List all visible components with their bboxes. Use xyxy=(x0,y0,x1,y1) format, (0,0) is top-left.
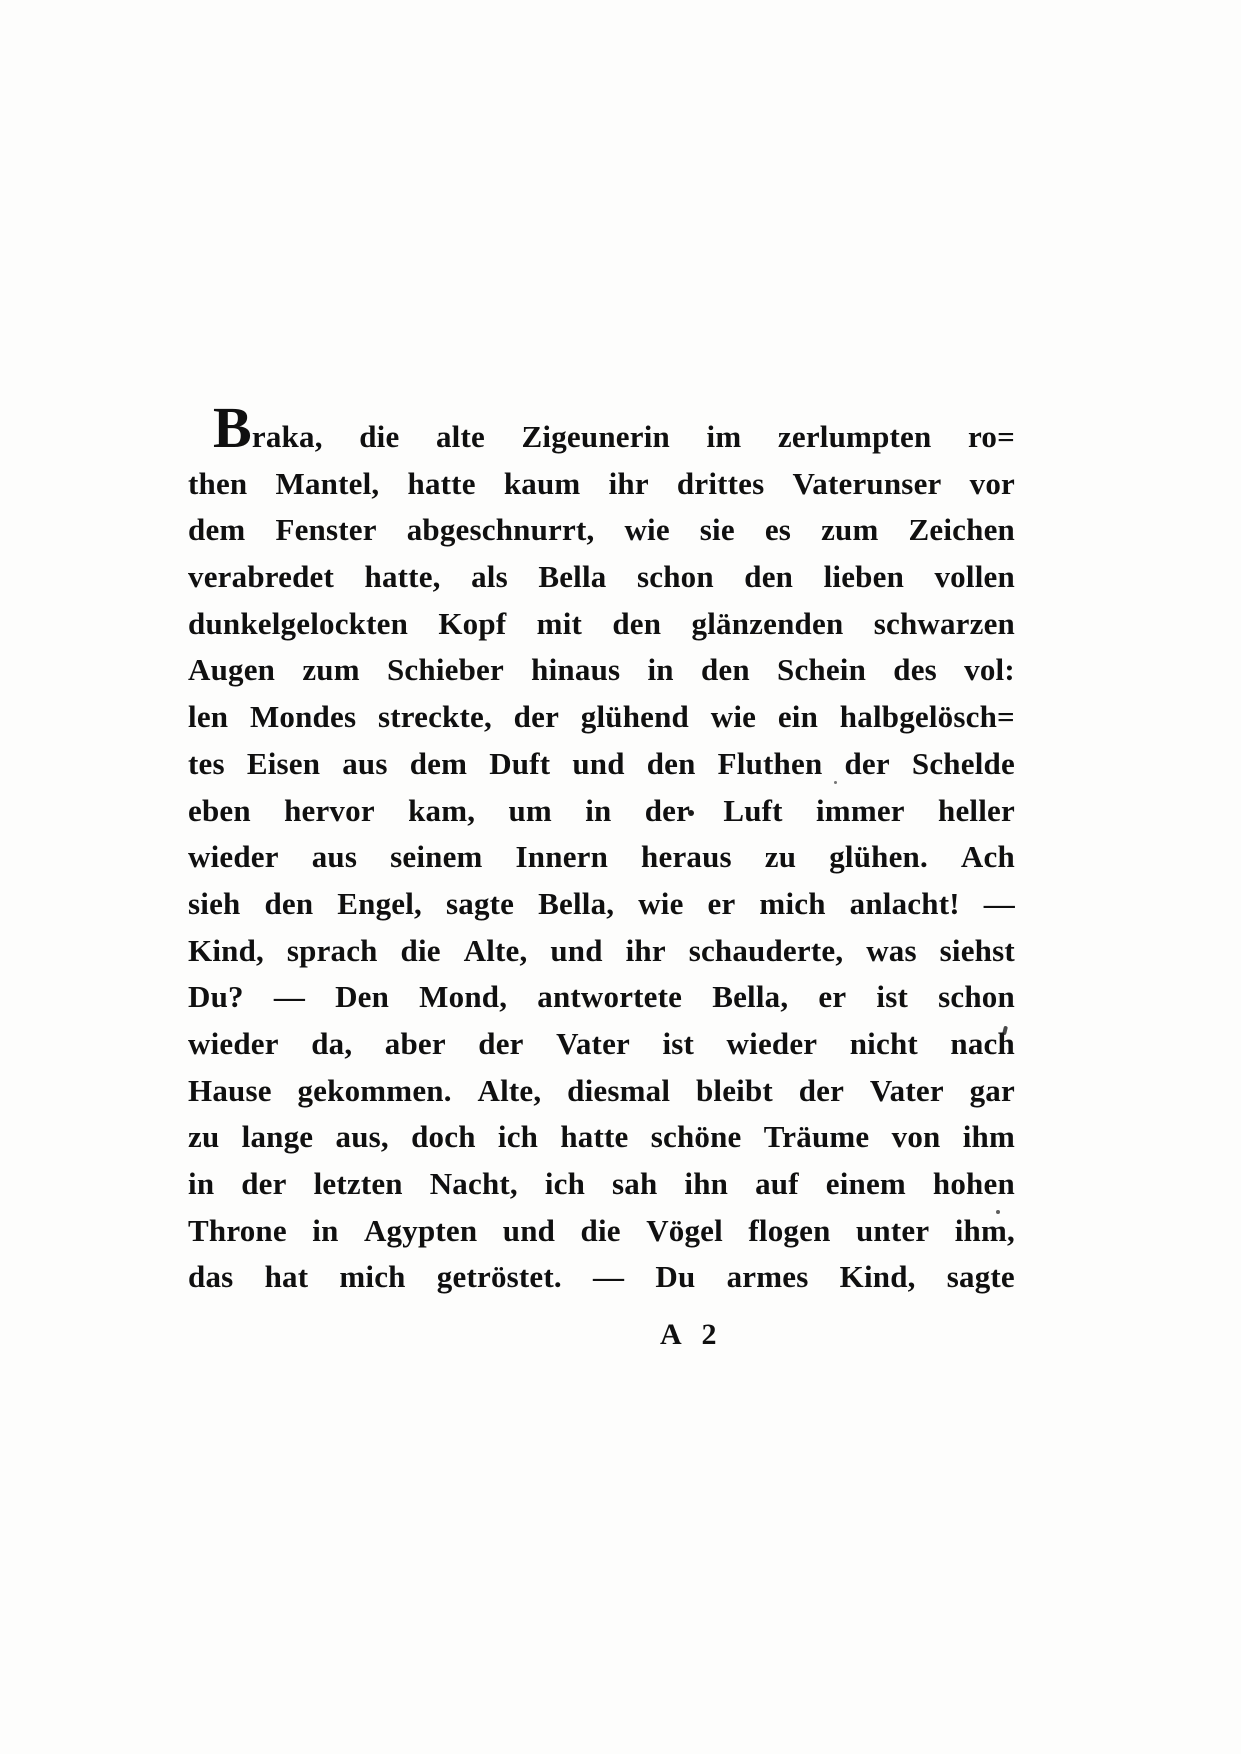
word: Schieber xyxy=(387,647,504,694)
word: lieben xyxy=(824,554,904,601)
word: glühen. xyxy=(829,834,928,881)
word: er xyxy=(818,974,846,1021)
word: Vater xyxy=(556,1021,630,1068)
word: kaum xyxy=(504,461,581,508)
word: Alte, xyxy=(477,1068,541,1115)
word: unter xyxy=(856,1208,929,1255)
word: hinaus xyxy=(531,647,620,694)
text-line: ebenhervorkam,uminderLuftimmerheller xyxy=(188,788,1015,835)
word: ihm, xyxy=(955,1208,1015,1255)
word: zu xyxy=(188,1114,219,1161)
word: vol: xyxy=(964,647,1015,694)
word: und xyxy=(572,741,624,788)
word: sie xyxy=(700,507,735,554)
word: vor xyxy=(970,461,1015,508)
text-line: dunkelgelocktenKopfmitdenglänzendenschwa… xyxy=(188,601,1015,648)
word: um xyxy=(508,788,551,835)
word: Luft xyxy=(723,788,782,835)
word: Schelde xyxy=(912,741,1015,788)
word: die xyxy=(581,1208,621,1255)
word: gar xyxy=(970,1068,1015,1115)
text-line: Hausegekommen.Alte,diesmalbleibtderVater… xyxy=(188,1068,1015,1115)
word: schwarzen xyxy=(874,601,1015,648)
word: Vaterunser xyxy=(793,461,942,508)
word: ist xyxy=(662,1021,694,1068)
word: wieder xyxy=(727,1021,818,1068)
word: Braka, xyxy=(213,414,323,461)
word: ich xyxy=(545,1161,585,1208)
word: den xyxy=(647,741,696,788)
word: der xyxy=(478,1021,523,1068)
word: sieh xyxy=(188,881,240,928)
text-line: Braka,diealteZigeunerinimzerlumptenro= xyxy=(188,414,1015,461)
word: hatte xyxy=(408,461,476,508)
word: ihn xyxy=(684,1161,728,1208)
word: der xyxy=(514,694,559,741)
word: flogen xyxy=(748,1208,830,1255)
text-line: wiederda,aberderVateristwiedernichtnach xyxy=(188,1021,1015,1068)
text-line: demFensterabgeschnurrt,wiesieeszumZeiche… xyxy=(188,507,1015,554)
word: Throne xyxy=(188,1208,287,1255)
word: halbgelösch= xyxy=(840,694,1015,741)
word: lange xyxy=(242,1114,314,1161)
word: in xyxy=(585,788,611,835)
word: zum xyxy=(821,507,878,554)
word: da, xyxy=(311,1021,352,1068)
word: was xyxy=(866,928,917,975)
word: der xyxy=(645,788,690,835)
word: schon xyxy=(637,554,714,601)
word: als xyxy=(471,554,508,601)
word: den xyxy=(264,881,313,928)
word: in xyxy=(312,1208,338,1255)
ink-speck xyxy=(996,1210,1000,1214)
word: Eisen xyxy=(247,741,320,788)
sheet-signature: A 2 xyxy=(660,1310,724,1360)
word: der xyxy=(241,1161,286,1208)
word: hatte xyxy=(560,1114,628,1161)
word: hat xyxy=(265,1254,309,1301)
word: von xyxy=(892,1114,941,1161)
text-line: ThroneinAgyptenunddieVögelflogenunterihm… xyxy=(188,1208,1015,1255)
word: den xyxy=(744,554,793,601)
word: das xyxy=(188,1254,233,1301)
drop-cap-letter: B xyxy=(213,395,252,460)
scanned-book-page: Braka,diealteZigeunerinimzerlumptenro= t… xyxy=(0,0,1241,1754)
word: die xyxy=(359,414,399,461)
word: then xyxy=(188,461,247,508)
text-line: dashatmichgetröstet.—DuarmesKind,sagte xyxy=(188,1254,1015,1301)
word: Engel, xyxy=(337,881,422,928)
word: Zigeunerin xyxy=(522,414,670,461)
word: antwortete xyxy=(537,974,682,1021)
word: kam, xyxy=(408,788,475,835)
word: — xyxy=(984,881,1015,928)
word: Vögel xyxy=(646,1208,723,1255)
word: immer xyxy=(816,788,905,835)
word: glänzenden xyxy=(692,601,844,648)
word: drittes xyxy=(677,461,764,508)
word: Kopf xyxy=(438,601,506,648)
word: aus xyxy=(312,834,357,881)
word: Kind, xyxy=(188,928,264,975)
word: Alte, xyxy=(464,928,528,975)
text-line: Kind,sprachdieAlte,undihrschauderte,wass… xyxy=(188,928,1015,975)
word: glühend xyxy=(581,694,689,741)
word: siehst xyxy=(940,928,1015,975)
ink-speck xyxy=(834,781,837,784)
word: getröstet. xyxy=(437,1254,562,1301)
word: sah xyxy=(612,1161,657,1208)
word: eben xyxy=(188,788,251,835)
word: schon xyxy=(938,974,1015,1021)
word: letzten xyxy=(314,1161,403,1208)
word: hohen xyxy=(933,1161,1015,1208)
word: hatte, xyxy=(365,554,441,601)
text-line: thenMantel,hattekaumihrdrittesVaterunser… xyxy=(188,461,1015,508)
text-line: lenMondesstreckte,derglühendwieeinhalbge… xyxy=(188,694,1015,741)
word: Den xyxy=(335,974,389,1021)
word: Du? xyxy=(188,974,244,1021)
word: Bella, xyxy=(712,974,788,1021)
word: es xyxy=(765,507,791,554)
word: wieder xyxy=(188,834,279,881)
word: streckte, xyxy=(378,694,492,741)
word: Zeichen xyxy=(909,507,1015,554)
text-line: verabredethatte,alsBellaschondenliebenvo… xyxy=(188,554,1015,601)
word: Bella xyxy=(538,554,606,601)
word: anlacht! xyxy=(850,881,960,928)
word: Hause xyxy=(188,1068,272,1115)
word: wie xyxy=(624,507,669,554)
text-line: siehdenEngel,sagteBella,wieermichanlacht… xyxy=(188,881,1015,928)
word: Vater xyxy=(870,1068,944,1115)
word: einem xyxy=(826,1161,906,1208)
word: — xyxy=(593,1254,624,1301)
word: ihr xyxy=(609,461,649,508)
word: des xyxy=(893,647,937,694)
word: ein xyxy=(778,694,818,741)
word: sagte xyxy=(947,1254,1015,1301)
word: dem xyxy=(410,741,467,788)
word: und xyxy=(503,1208,555,1255)
word: Nacht, xyxy=(430,1161,518,1208)
word: der xyxy=(799,1068,844,1115)
word: — xyxy=(274,974,305,1021)
text-line: AugenzumSchieberhinausindenScheindesvol: xyxy=(188,647,1015,694)
word: ro= xyxy=(968,414,1015,461)
word: Innern xyxy=(516,834,609,881)
ink-speck xyxy=(688,810,694,816)
word: aus, xyxy=(336,1114,389,1161)
word: zerlumpten xyxy=(778,414,932,461)
word: Kind, xyxy=(840,1254,916,1301)
text-line: zulangeaus,dochichhatteschöneTräumevonih… xyxy=(188,1114,1015,1161)
word: Bella, xyxy=(538,881,614,928)
word: die xyxy=(401,928,441,975)
word: diesmal xyxy=(567,1068,670,1115)
word: seinem xyxy=(390,834,482,881)
word: wie xyxy=(638,881,683,928)
word: schauderte, xyxy=(689,928,844,975)
word: Duft xyxy=(489,741,550,788)
word: in xyxy=(188,1161,214,1208)
word: im xyxy=(707,414,742,461)
word: schöne xyxy=(651,1114,742,1161)
word: Fluthen xyxy=(718,741,823,788)
word: zum xyxy=(302,647,359,694)
word: der xyxy=(844,741,889,788)
word: den xyxy=(701,647,750,694)
word: doch xyxy=(411,1114,476,1161)
word: mich xyxy=(759,881,825,928)
word: er xyxy=(708,881,736,928)
word: aber xyxy=(385,1021,446,1068)
word: auf xyxy=(755,1161,799,1208)
word: vollen xyxy=(934,554,1014,601)
word: bleibt xyxy=(696,1068,773,1115)
text-line: tesEisenausdemDuftunddenFluthenderScheld… xyxy=(188,741,1015,788)
word: Schein xyxy=(777,647,866,694)
word: mit xyxy=(537,601,582,648)
word: ihr xyxy=(626,928,666,975)
text-line: inderletztenNacht,ichsahihnaufeinemhohen xyxy=(188,1161,1015,1208)
word: Du xyxy=(655,1254,695,1301)
text-block: Braka,diealteZigeunerinimzerlumptenro= t… xyxy=(188,414,1015,1301)
word: Agypten xyxy=(364,1208,477,1255)
word: dem xyxy=(188,507,245,554)
word: tes xyxy=(188,741,225,788)
word: heller xyxy=(938,788,1015,835)
text-line: Du?—DenMond,antworteteBella,eristschon xyxy=(188,974,1015,1021)
word: dunkelgelockten xyxy=(188,601,408,648)
word: ist xyxy=(876,974,908,1021)
word: Mond, xyxy=(419,974,507,1021)
word: und xyxy=(550,928,602,975)
word: Augen xyxy=(188,647,275,694)
word: Träume xyxy=(764,1114,870,1161)
word: wieder xyxy=(188,1021,279,1068)
word: sagte xyxy=(446,881,514,928)
word: Ach xyxy=(961,834,1015,881)
word: abgeschnurrt, xyxy=(407,507,595,554)
word: aus xyxy=(342,741,387,788)
word: ihm xyxy=(963,1114,1015,1161)
word: Fenster xyxy=(275,507,376,554)
word: zu xyxy=(765,834,796,881)
text-line: wiederausseinemInnernherauszuglühen.Ach xyxy=(188,834,1015,881)
word: armes xyxy=(727,1254,809,1301)
word: alte xyxy=(436,414,485,461)
word: verabredet xyxy=(188,554,334,601)
word: Mantel, xyxy=(276,461,380,508)
word: hervor xyxy=(284,788,375,835)
word: heraus xyxy=(641,834,732,881)
word: wie xyxy=(711,694,756,741)
word: Mondes xyxy=(250,694,356,741)
word: sprach xyxy=(287,928,378,975)
word: in xyxy=(647,647,673,694)
word: ich xyxy=(498,1114,538,1161)
word: len xyxy=(188,694,228,741)
word: den xyxy=(612,601,661,648)
word: gekommen. xyxy=(297,1068,451,1115)
word: mich xyxy=(339,1254,405,1301)
word: nicht xyxy=(850,1021,918,1068)
